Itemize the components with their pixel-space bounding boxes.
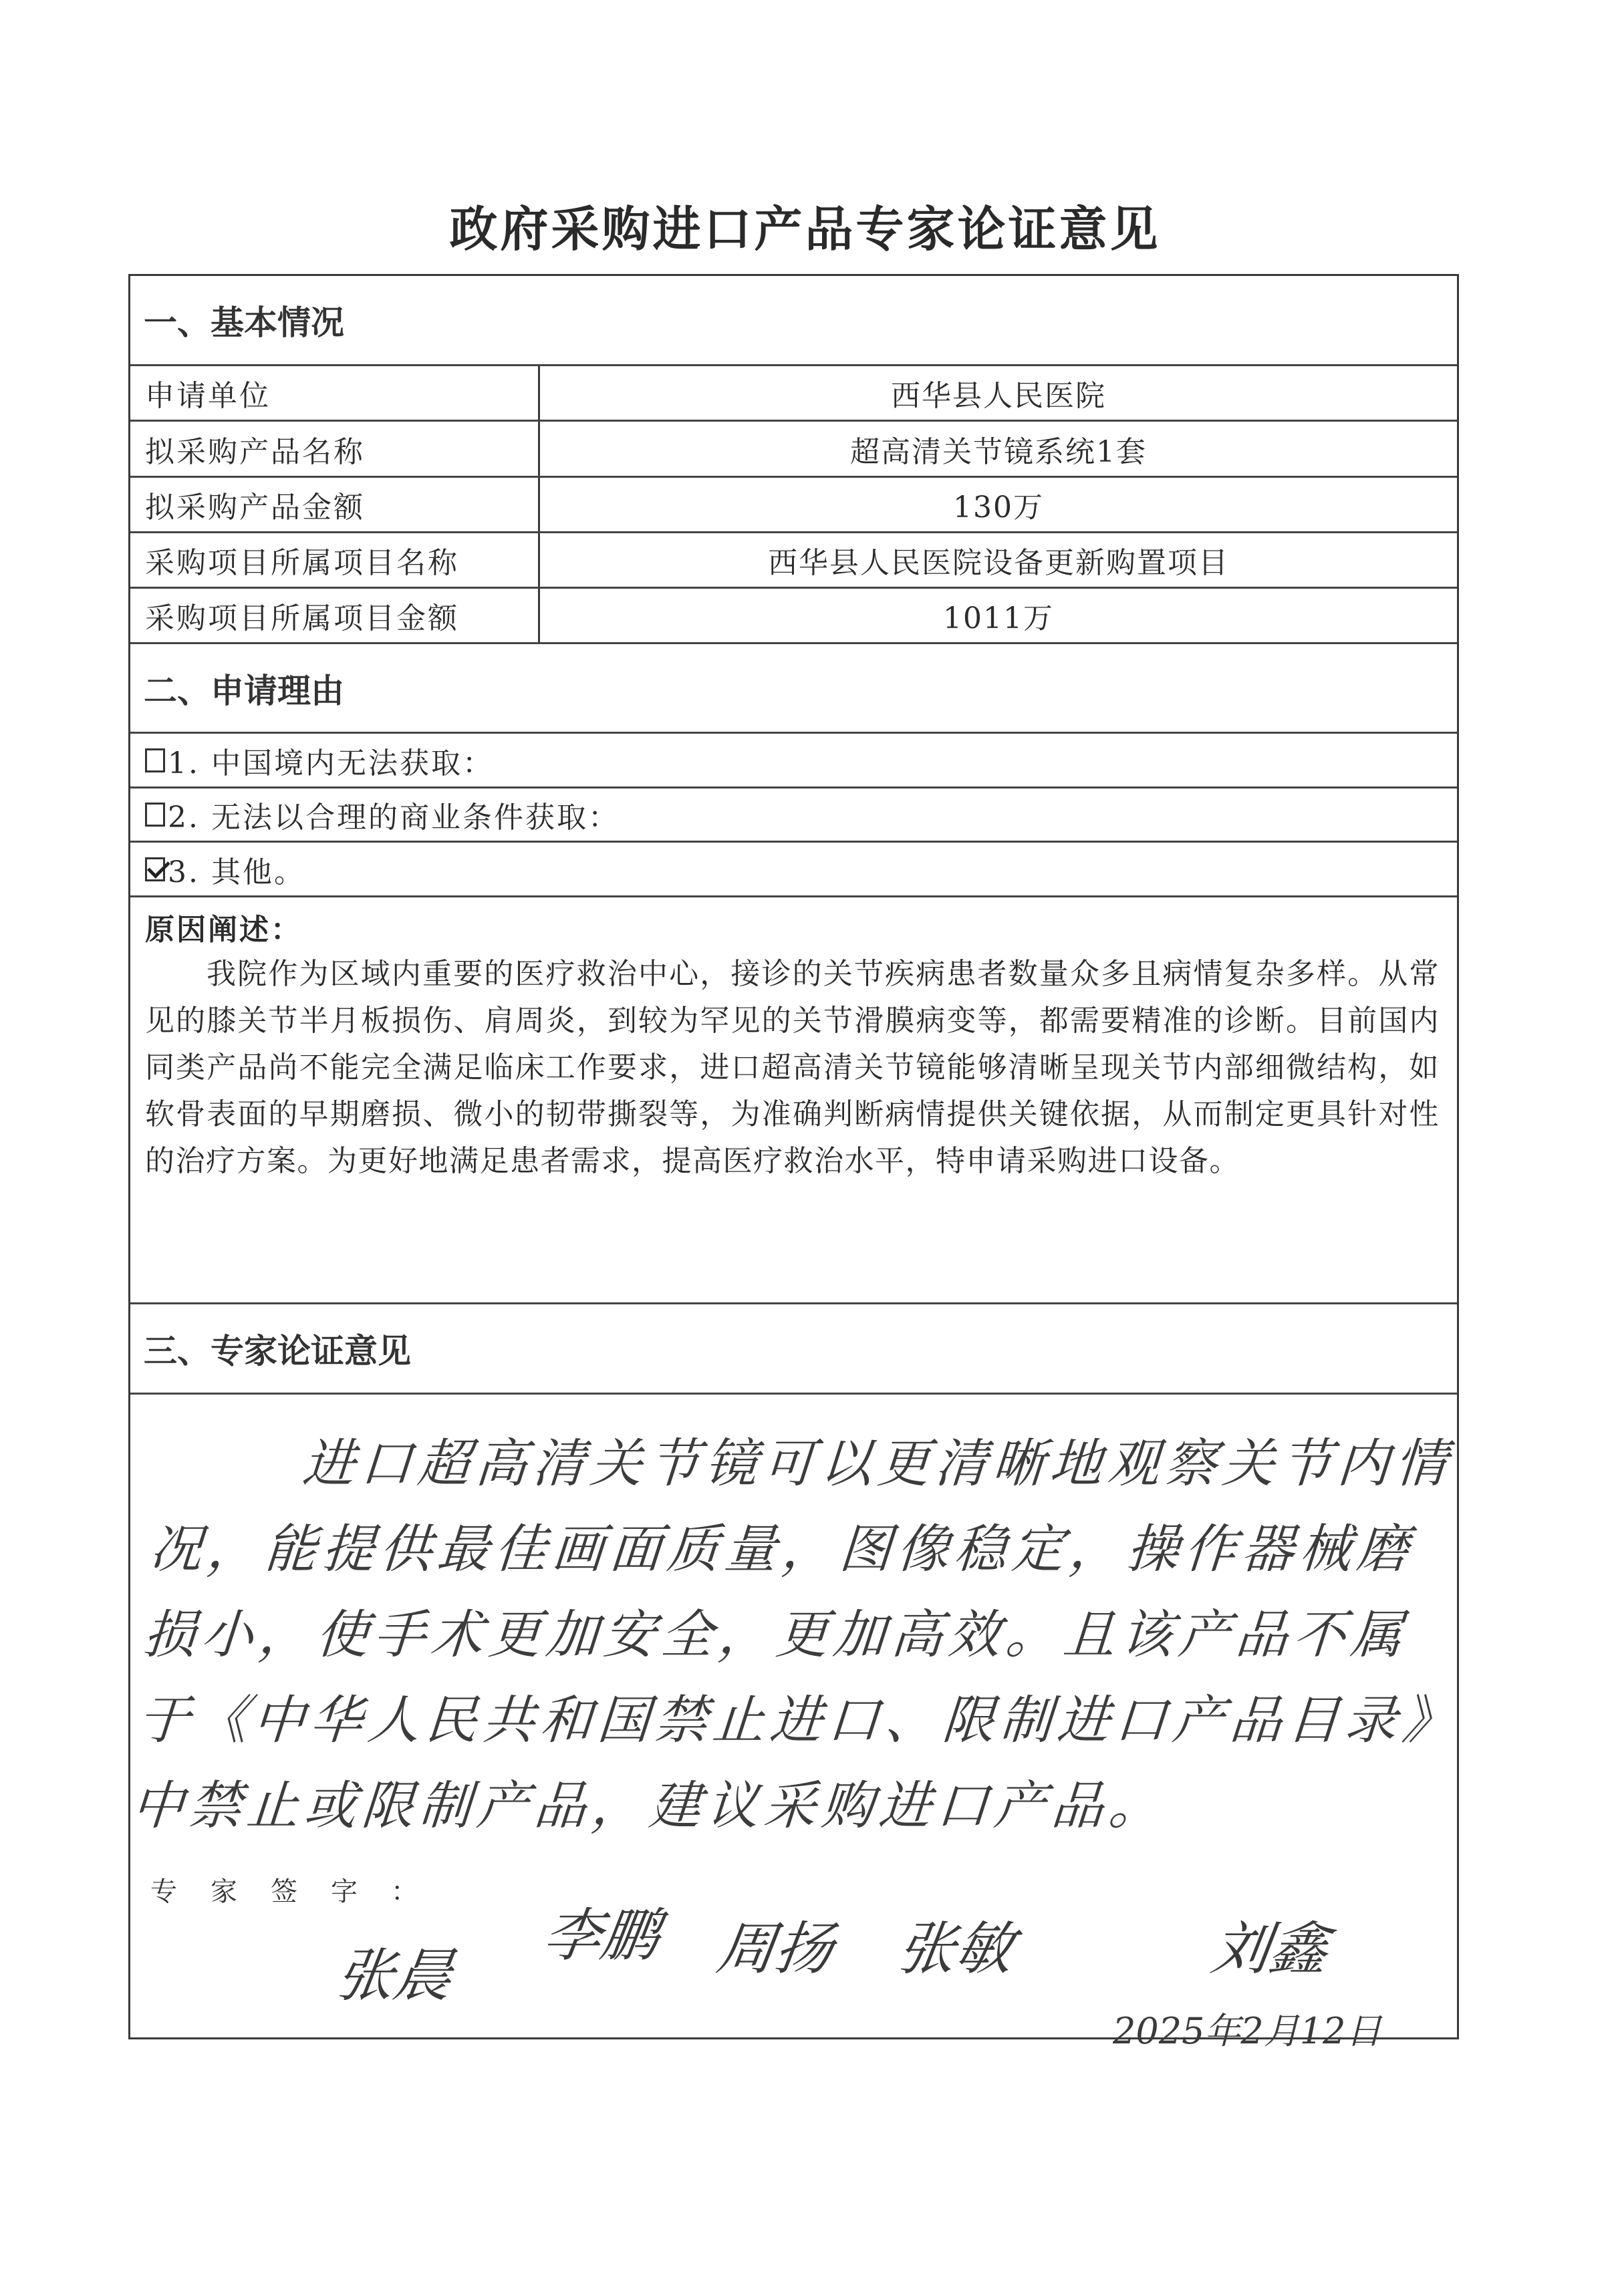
info-value: 超高清关节镜系统1套 (540, 422, 1457, 476)
info-row-applicant: 申请单位 西华县人民医院 (130, 366, 1457, 422)
document-title: 政府采购进口产品专家论证意见 (0, 190, 1610, 260)
expert-signature: 刘鑫 (1207, 1902, 1333, 1985)
reason-option-3: 3. 其他。 (130, 843, 1457, 897)
info-label: 申请单位 (130, 366, 540, 420)
info-value: 130万 (540, 478, 1457, 531)
info-value: 西华县人民医院 (540, 366, 1457, 420)
info-row-product-amount: 拟采购产品金额 130万 (130, 478, 1457, 533)
signature-label: 专家签字： (150, 1870, 451, 1908)
handwritten-opinion: 进口超高清关节镜可以更清晰地观察关节内情况，能提供最佳画面质量，图像稳定，操作器… (129, 1421, 1459, 1849)
option-label: 1. 中国境内无法获取： (168, 739, 494, 782)
section-heading-text: 二、申请理由 (144, 664, 344, 712)
checkbox-unchecked-icon[interactable] (145, 748, 165, 772)
option-label: 3. 其他。 (168, 848, 305, 891)
expert-signature: 张晨 (331, 1929, 458, 2012)
expert-opinion-area: 进口超高清关节镜可以更清晰地观察关节内情况，能提供最佳画面质量，图像稳定，操作器… (130, 1395, 1457, 2039)
info-label: 拟采购产品名称 (130, 422, 540, 476)
expert-signature: 张敏 (893, 1902, 1019, 1985)
expert-signature: 李鹏 (539, 1889, 665, 1972)
info-row-project-name: 采购项目所属项目名称 西华县人民医院设备更新购置项目 (130, 533, 1457, 589)
reason-option-1: 1. 中国境内无法获取： (130, 734, 1457, 788)
info-label: 采购项目所属项目名称 (130, 533, 540, 587)
signature-date: 2025年2月12日 (1113, 2003, 1382, 2054)
reason-option-2: 2. 无法以合理的商业条件获取： (130, 788, 1457, 843)
info-row-product-name: 拟采购产品名称 超高清关节镜系统1套 (130, 422, 1457, 478)
info-value: 1011万 (540, 589, 1457, 642)
info-row-project-amount: 采购项目所属项目金额 1011万 (130, 589, 1457, 644)
info-label: 拟采购产品金额 (130, 478, 540, 531)
reason-text: 我院作为区域内重要的医疗救治中心，接诊的关节疾病患者数量众多且病情复杂多样。从常… (145, 951, 1440, 1185)
reason-explanation: 原因阐述： 我院作为区域内重要的医疗救治中心，接诊的关节疾病患者数量众多且病情复… (130, 897, 1457, 1304)
section-heading-text: 一、基本情况 (144, 296, 344, 344)
section-basic-info-heading: 一、基本情况 (130, 276, 1457, 366)
checkbox-checked-icon[interactable] (145, 857, 165, 881)
option-label: 2. 无法以合理的商业条件获取： (168, 793, 620, 836)
section-reason-heading: 二、申请理由 (130, 644, 1457, 734)
expert-opinion-form: 一、基本情况 申请单位 西华县人民医院 拟采购产品名称 超高清关节镜系统1套 拟… (128, 274, 1459, 2039)
info-value: 西华县人民医院设备更新购置项目 (540, 533, 1457, 587)
checkbox-unchecked-icon[interactable] (145, 803, 165, 827)
reason-label: 原因阐述： (145, 905, 302, 948)
section-expert-opinion-heading: 三、专家论证意见 (130, 1304, 1457, 1395)
info-label: 采购项目所属项目金额 (130, 589, 540, 642)
expert-signature: 周扬 (712, 1902, 839, 1985)
section-heading-text: 三、专家论证意见 (144, 1324, 411, 1373)
